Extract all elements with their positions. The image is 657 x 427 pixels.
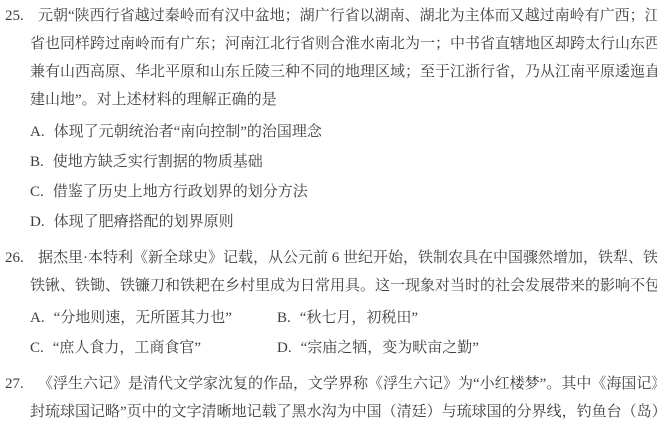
option-d-text: “宗庙之牺，变为畎亩之勤” (301, 340, 479, 356)
question-25-stem-line-4: 建山地”。对上述材料的理解正确的是 (30, 86, 657, 114)
option-d-label: D. (277, 340, 292, 356)
question-27-stem-text-1: 《浮生六记》是清代文学家沈复的作品，文学界称《浮生六记》为“小红楼梦”。其中《海… (38, 376, 657, 392)
question-26-option-a: A.“分地则速，无所匿其力也” (30, 303, 277, 333)
option-b-text: 使地方缺乏实行割据的物质基础 (53, 154, 263, 170)
question-25-option-b: B.使地方缺乏实行割据的物质基础 (30, 147, 657, 177)
question-27-stem: 27.《浮生六记》是清代文学家沈复的作品，文学界称《浮生六记》为“小红楼梦”。其… (5, 370, 657, 426)
question-26-stem-line-1: 26.据杰里·本特利《新全球史》记载，从公元前 6 世纪开始，铁制农具在中国骤然… (5, 244, 657, 272)
option-a-text: 体现了元朝统治者“南向控制”的治国理念 (54, 124, 322, 140)
question-27-stem-line-2: 封琉球国记略”页中的文字清晰地记载了黑水沟为中国（清廷）与琉球国的分界线，钓鱼台… (30, 398, 657, 426)
question-26-options: A.“分地则速，无所匿其力也” B.“秋七月，初税田” C.“庶人食力，工商食官… (30, 303, 657, 363)
question-25-option-c: C.借鉴了历史上地方行政划界的划分方法 (30, 177, 657, 207)
question-26: 26.据杰里·本特利《新全球史》记载，从公元前 6 世纪开始，铁制农具在中国骤然… (5, 244, 657, 363)
question-25-stem-line-3: 兼有山西高原、华北平原和山东丘陵三种不同的地理区域；至于江浙行省，乃从江南平原逶… (30, 58, 657, 86)
option-c-text: 借鉴了历史上地方行政划界的划分方法 (53, 184, 308, 200)
option-a-label: A. (30, 124, 45, 140)
option-b-label: B. (30, 154, 44, 170)
exam-page: 25.元朝“陕西行省越过秦岭而有汉中盆地；湖广行省以湖南、湖北为主体而又越过南岭… (0, 0, 657, 426)
question-26-stem: 26.据杰里·本特利《新全球史》记载，从公元前 6 世纪开始，铁制农具在中国骤然… (5, 244, 657, 300)
option-d-label: D. (30, 214, 45, 230)
question-26-option-d: D.“宗庙之牺，变为畎亩之勤” (277, 333, 657, 363)
question-25-stem: 25.元朝“陕西行省越过秦岭而有汉中盆地；湖广行省以湖南、湖北为主体而又越过南岭… (5, 2, 657, 114)
question-25-number: 25. (5, 2, 38, 30)
option-b-text: “秋七月，初税田” (300, 310, 418, 326)
question-26-option-b: B.“秋七月，初税田” (277, 303, 657, 333)
question-25-option-d: D.体现了肥瘠搭配的划界原则 (30, 207, 657, 237)
option-d-text: 体现了肥瘠搭配的划界原则 (54, 214, 234, 230)
question-25: 25.元朝“陕西行省越过秦岭而有汉中盆地；湖广行省以湖南、湖北为主体而又越过南岭… (5, 2, 657, 237)
option-c-label: C. (30, 340, 44, 356)
option-c-text: “庶人食力，工商食官” (53, 340, 201, 356)
question-25-stem-line-2: 省也同样跨过南岭而有广东；河南江北行省则合淮水南北为一；中书省直辖地区却跨太行山… (30, 30, 657, 58)
option-c-label: C. (30, 184, 44, 200)
question-27: 27.《浮生六记》是清代文学家沈复的作品，文学界称《浮生六记》为“小红楼梦”。其… (5, 370, 657, 426)
option-b-label: B. (277, 310, 291, 326)
option-a-text: “分地则速，无所匿其力也” (54, 310, 232, 326)
question-26-stem-text-1: 据杰里·本特利《新全球史》记载，从公元前 6 世纪开始，铁制农具在中国骤然增加，… (38, 250, 657, 266)
question-27-number: 27. (5, 370, 38, 398)
question-26-option-c: C.“庶人食力，工商食官” (30, 333, 277, 363)
question-26-stem-line-2: 铁锹、铁锄、铁镰刀和铁耙在乡村里成为日常用具。这一现象对当时的社会发展带来的影响… (30, 272, 657, 300)
question-25-options: A.体现了元朝统治者“南向控制”的治国理念 B.使地方缺乏实行割据的物质基础 C… (30, 117, 657, 237)
option-a-label: A. (30, 310, 45, 326)
question-25-option-a: A.体现了元朝统治者“南向控制”的治国理念 (30, 117, 657, 147)
question-26-number: 26. (5, 244, 38, 272)
question-25-stem-text-1: 元朝“陕西行省越过秦岭而有汉中盆地；湖广行省以湖南、湖北为主体而又越过南岭有广西… (38, 8, 657, 24)
question-25-stem-line-1: 25.元朝“陕西行省越过秦岭而有汉中盆地；湖广行省以湖南、湖北为主体而又越过南岭… (5, 2, 657, 30)
question-27-stem-line-1: 27.《浮生六记》是清代文学家沈复的作品，文学界称《浮生六记》为“小红楼梦”。其… (5, 370, 657, 398)
